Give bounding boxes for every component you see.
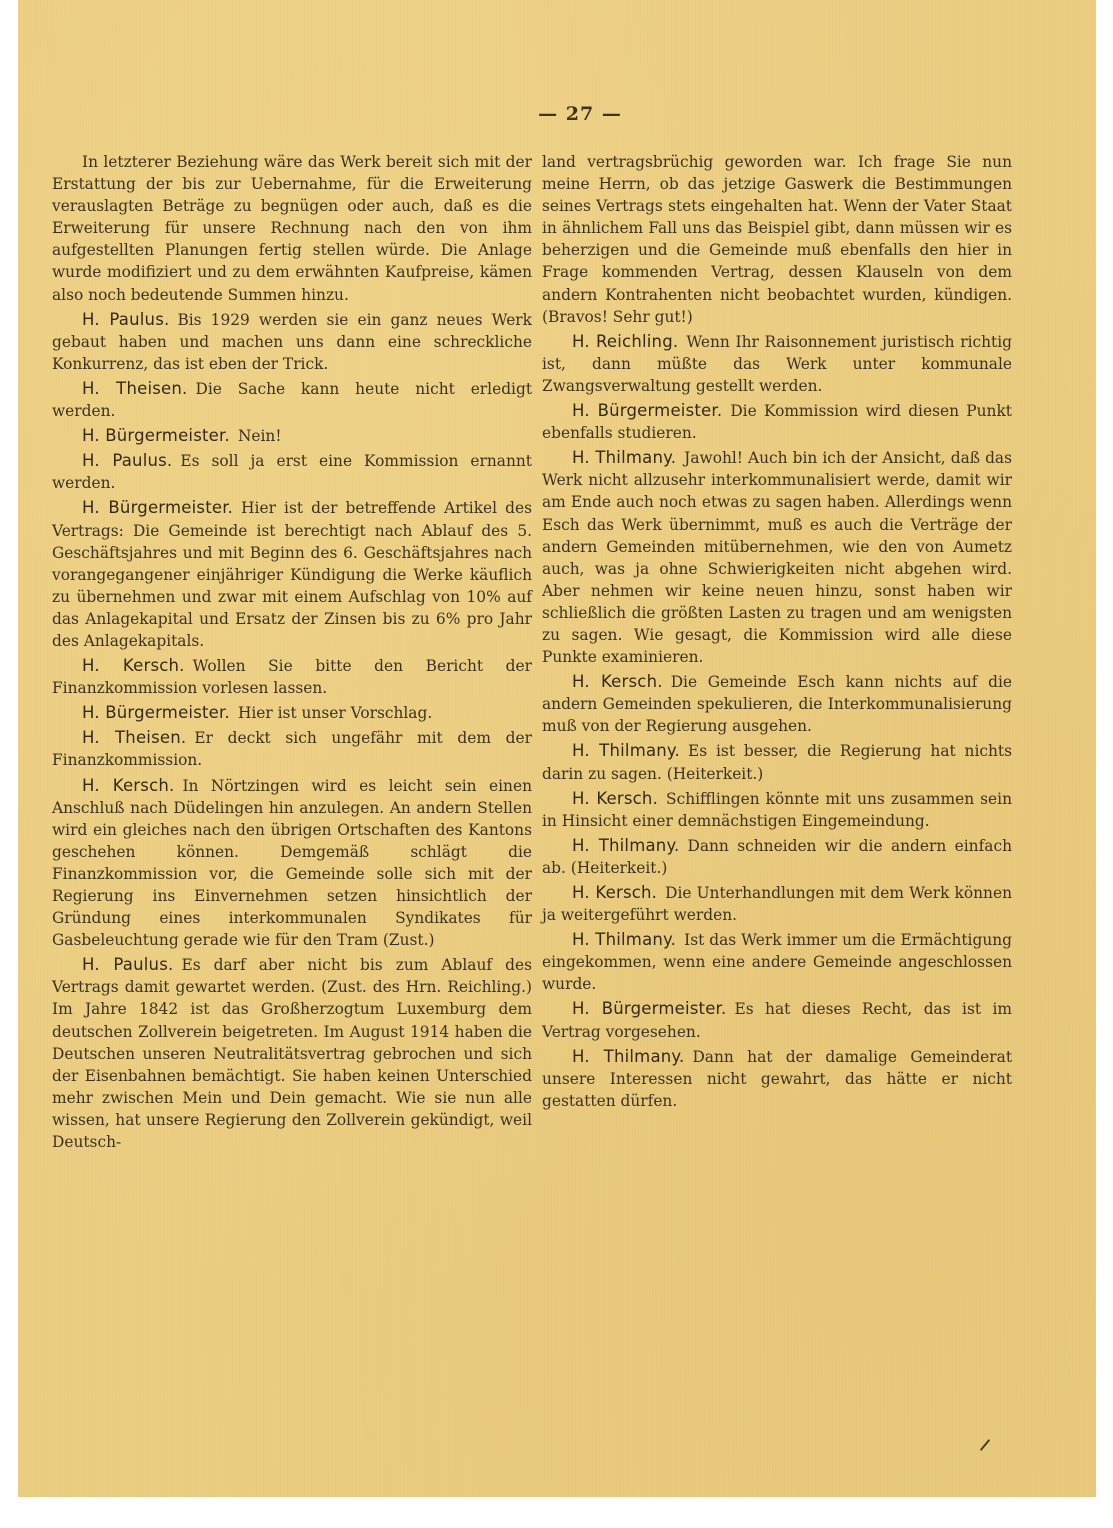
speech-paragraph: H. Kersch.Die Unterhandlungen mit dem We… (542, 882, 1012, 926)
right-column: land vertragsbrüchig geworden war. Ich f… (542, 151, 1012, 1115)
speech-paragraph: H. Bürgermeister.Nein! (52, 425, 532, 447)
speech-paragraph: H. Paulus.Bis 1929 werden sie ein ganz n… (52, 309, 532, 375)
speech-paragraph: H. Thilmany.Dann schneiden wir die ander… (542, 835, 1012, 879)
ink-speck (980, 1439, 991, 1451)
speaker-name: H. Bürgermeister. (572, 401, 722, 420)
speech-paragraph: H. Thilmany.Ist das Werk immer um die Er… (542, 929, 1012, 995)
speech-paragraph: H. Paulus.Es soll ja erst eine Kommissio… (52, 450, 532, 494)
speech-paragraph: H. Kersch.Wollen Sie bitte den Bericht d… (52, 655, 532, 699)
speech-paragraph: H. Theisen.Er deckt sich ungefähr mit de… (52, 727, 532, 771)
speaker-name: H. Paulus. (82, 310, 169, 329)
speech-paragraph: H. Bürgermeister.Hier ist unser Vorschla… (52, 702, 532, 724)
speaker-name: H. Kersch. (572, 789, 658, 808)
speech-paragraph: H. Paulus.Es darf aber nicht bis zum Abl… (52, 954, 532, 1153)
paragraph-text: In letzterer Beziehung wäre das Werk ber… (52, 153, 532, 304)
paragraph-continuation: land vertragsbrüchig geworden war. Ich f… (542, 151, 1012, 328)
speaker-name: H. Thilmany. (572, 741, 680, 760)
speech-paragraph: H. Reichling.Wenn Ihr Raisonnement juris… (542, 331, 1012, 397)
speech-text: Nein! (238, 427, 282, 445)
speaker-name: H. Kersch. (572, 672, 663, 691)
speaker-name: H. Reichling. (572, 332, 678, 351)
speaker-name: H. Theisen. (82, 728, 186, 747)
speaker-name: H. Paulus. (82, 955, 173, 974)
speech-paragraph: H. Thilmany.Dann hat der damalige Gemein… (542, 1046, 1012, 1112)
speaker-name: H. Bürgermeister. (82, 426, 230, 445)
speech-paragraph: H. Kersch.Schifflingen könnte mit uns zu… (542, 788, 1012, 832)
speech-paragraph: H. Bürgermeister.Es hat dieses Recht, da… (542, 998, 1012, 1042)
speech-paragraph: H. Kersch.In Nörtzingen wird es leicht s… (52, 775, 532, 952)
speaker-name: H. Thilmany. (572, 930, 676, 949)
speech-text: Hier ist der betreffende Artikel des Ver… (52, 499, 532, 650)
speech-text: In Nörtzingen wird es leicht sein einen … (52, 777, 532, 950)
speech-paragraph: H. Kersch.Die Gemeinde Esch kann nichts … (542, 671, 1012, 737)
speech-paragraph: H. Bürgermeister.Die Kommission wird die… (542, 400, 1012, 444)
paragraph: In letzterer Beziehung wäre das Werk ber… (52, 151, 532, 306)
speaker-name: H. Kersch. (82, 776, 174, 795)
speaker-name: H. Thilmany. (572, 1047, 684, 1066)
speaker-name: H. Kersch. (82, 656, 185, 675)
speech-text: Hier ist unser Vorschlag. (238, 704, 432, 722)
paragraph-text: land vertragsbrüchig geworden war. Ich f… (542, 153, 1012, 326)
speaker-name: H. Thilmany. (572, 448, 676, 467)
speech-paragraph: H. Bürgermeister.Hier ist der betreffend… (52, 497, 532, 652)
speech-text: Jawohl! Auch bin ich der Ansicht, daß da… (542, 449, 1012, 666)
speaker-name: H. Bürgermeister. (82, 498, 233, 517)
speaker-name: H. Theisen. (82, 379, 188, 398)
page-number: — 27 — (18, 103, 1096, 125)
speaker-name: H. Bürgermeister. (572, 999, 726, 1018)
speaker-name: H. Thilmany. (572, 836, 680, 855)
speech-paragraph: H. Thilmany.Es ist besser, die Regierung… (542, 740, 1012, 784)
speech-paragraph: H. Theisen.Die Sache kann heute nicht er… (52, 378, 532, 422)
speaker-name: H. Kersch. (572, 883, 657, 902)
speech-text: Es darf aber nicht bis zum Ablauf des Ve… (52, 956, 532, 1151)
scanned-page: — 27 — In letzterer Beziehung wäre das W… (18, 0, 1096, 1497)
left-column: In letzterer Beziehung wäre das Werk ber… (52, 151, 532, 1156)
speaker-name: H. Paulus. (82, 451, 172, 470)
speaker-name: H. Bürgermeister. (82, 703, 230, 722)
speech-paragraph: H. Thilmany.Jawohl! Auch bin ich der Ans… (542, 447, 1012, 668)
